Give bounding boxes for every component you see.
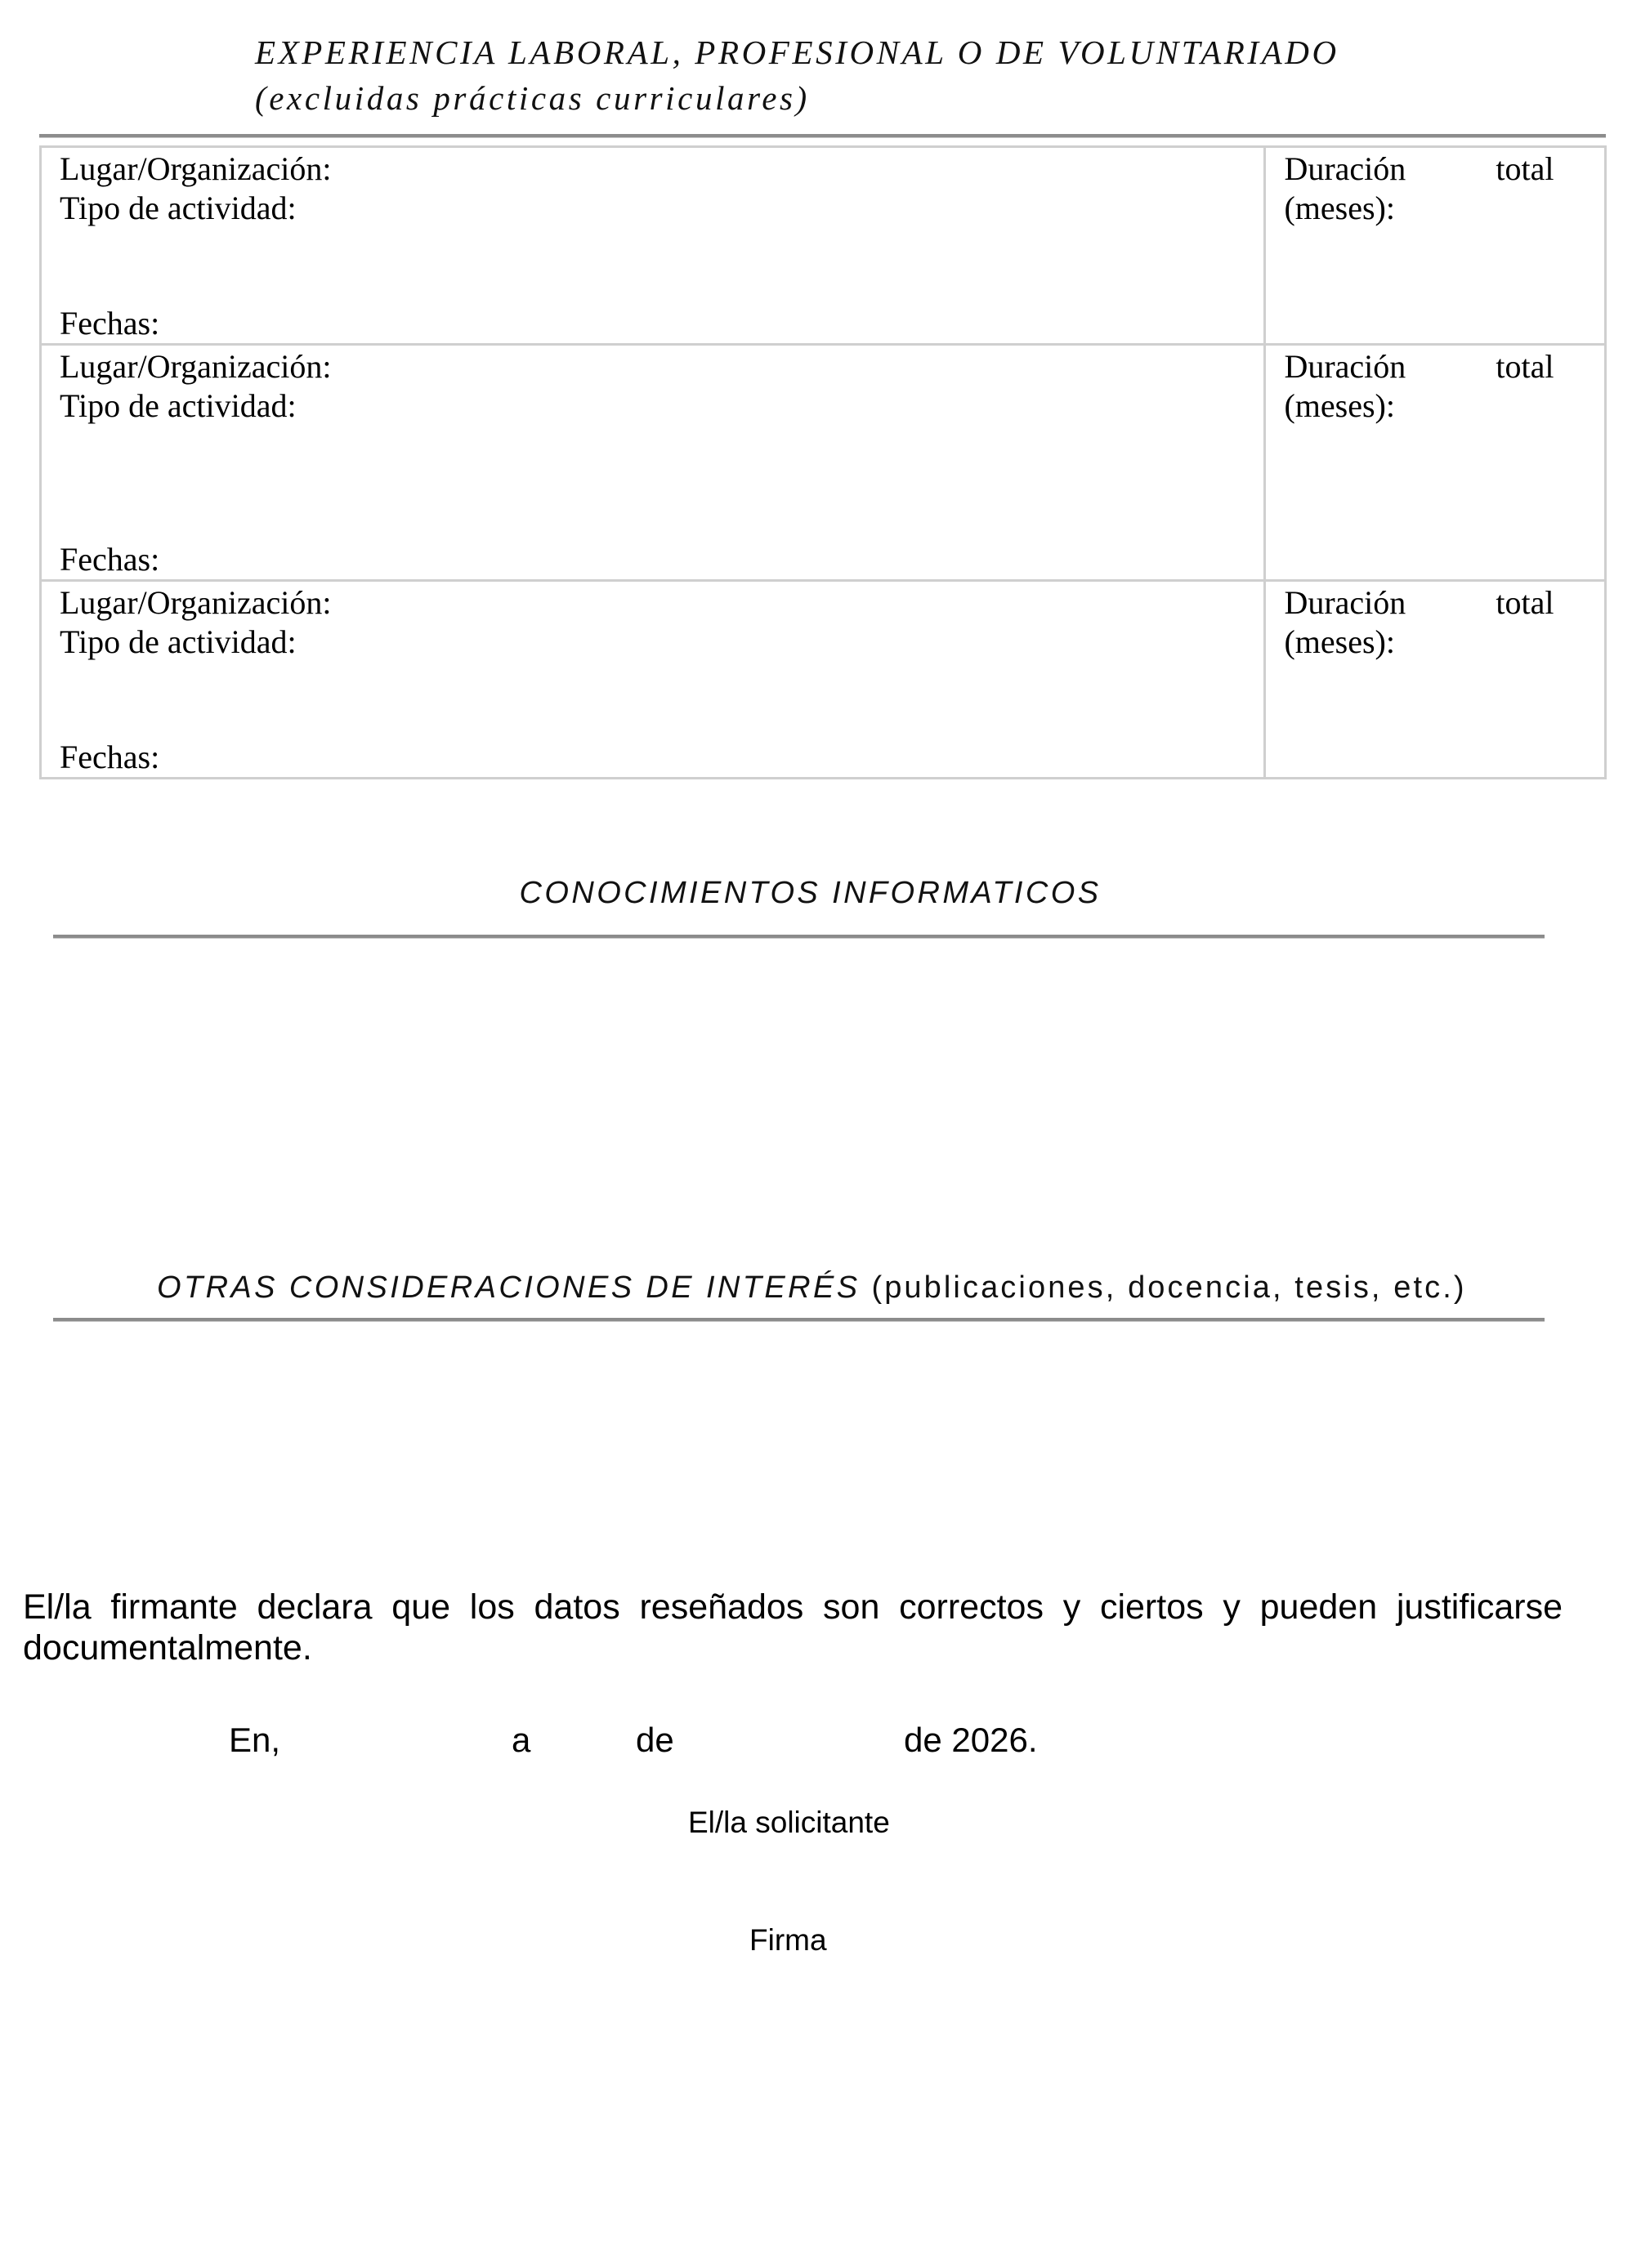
section-divider <box>53 935 1545 939</box>
place-date-line: En, a de de 2026. <box>0 1721 1632 1766</box>
other-considerations-title: OTRAS CONSIDERACIONES DE INTERÉS <box>157 1270 860 1305</box>
experience-title: EXPERIENCIA LABORAL, PROFESIONAL O DE VO… <box>255 33 1339 71</box>
duration-field[interactable]: Duración total (meses): <box>1265 581 1606 779</box>
place-label: Lugar/Organización: <box>60 150 1263 189</box>
experience-subtitle: (excluidas prácticas curriculares) <box>255 75 1339 121</box>
section-divider <box>39 134 1606 138</box>
computer-skills-field[interactable] <box>53 940 1545 1258</box>
other-considerations-note: (publicaciones, docencia, tesis, etc.) <box>871 1270 1466 1305</box>
duration-label-total: total <box>1496 583 1554 623</box>
duration-label: Duración <box>1284 347 1406 386</box>
duration-label: Duración <box>1284 583 1406 623</box>
other-considerations-field[interactable] <box>53 1324 1545 1569</box>
duration-label-total: total <box>1496 347 1554 386</box>
computer-skills-heading: CONOCIMIENTOS INFORMATICOS <box>0 876 1632 911</box>
duration-label: Duración <box>1284 150 1406 189</box>
experience-table: Lugar/Organización: Tipo de actividad: F… <box>39 145 1607 779</box>
experience-section-title: EXPERIENCIA LABORAL, PROFESIONAL O DE VO… <box>255 29 1339 121</box>
table-row: Lugar/Organización: Tipo de actividad: F… <box>41 345 1606 581</box>
section-divider <box>53 1318 1545 1322</box>
signature-field[interactable] <box>572 1969 1062 2132</box>
month-label: de <box>636 1721 674 1760</box>
activity-label: Tipo de actividad: <box>60 386 1263 426</box>
experience-entry-field[interactable]: Lugar/Organización: Tipo de actividad: F… <box>41 147 1265 345</box>
table-row: Lugar/Organización: Tipo de actividad: F… <box>41 147 1606 345</box>
activity-label: Tipo de actividad: <box>60 623 1263 662</box>
activity-label: Tipo de actividad: <box>60 189 1263 228</box>
duration-label-total: total <box>1496 150 1554 189</box>
place-label: En, <box>229 1721 280 1760</box>
table-row: Lugar/Organización: Tipo de actividad: F… <box>41 581 1606 779</box>
experience-entry-field[interactable]: Lugar/Organización: Tipo de actividad: F… <box>41 345 1265 581</box>
place-label: Lugar/Organización: <box>60 583 1263 623</box>
declaration-text: El/la firmante declara que los datos res… <box>23 1587 1563 1668</box>
duration-unit-label: (meses): <box>1284 189 1554 228</box>
duration-unit-label: (meses): <box>1284 386 1554 426</box>
duration-unit-label: (meses): <box>1284 623 1554 662</box>
experience-entry-field[interactable]: Lugar/Organización: Tipo de actividad: F… <box>41 581 1265 779</box>
dates-label: Fechas: <box>60 304 159 343</box>
year-label: de 2026. <box>904 1721 1038 1760</box>
day-label: a <box>512 1721 530 1760</box>
duration-field[interactable]: Duración total (meses): <box>1265 345 1606 581</box>
computer-skills-title: CONOCIMIENTOS INFORMATICOS <box>520 876 1102 911</box>
dates-label: Fechas: <box>60 738 159 777</box>
place-label: Lugar/Organización: <box>60 347 1263 386</box>
signer-label: El/la solicitante <box>688 1806 890 1840</box>
signature-label: Firma <box>749 1923 827 1958</box>
dates-label: Fechas: <box>60 540 159 579</box>
other-considerations-heading: OTRAS CONSIDERACIONES DE INTERÉS (public… <box>157 1270 1467 1306</box>
duration-field[interactable]: Duración total (meses): <box>1265 147 1606 345</box>
